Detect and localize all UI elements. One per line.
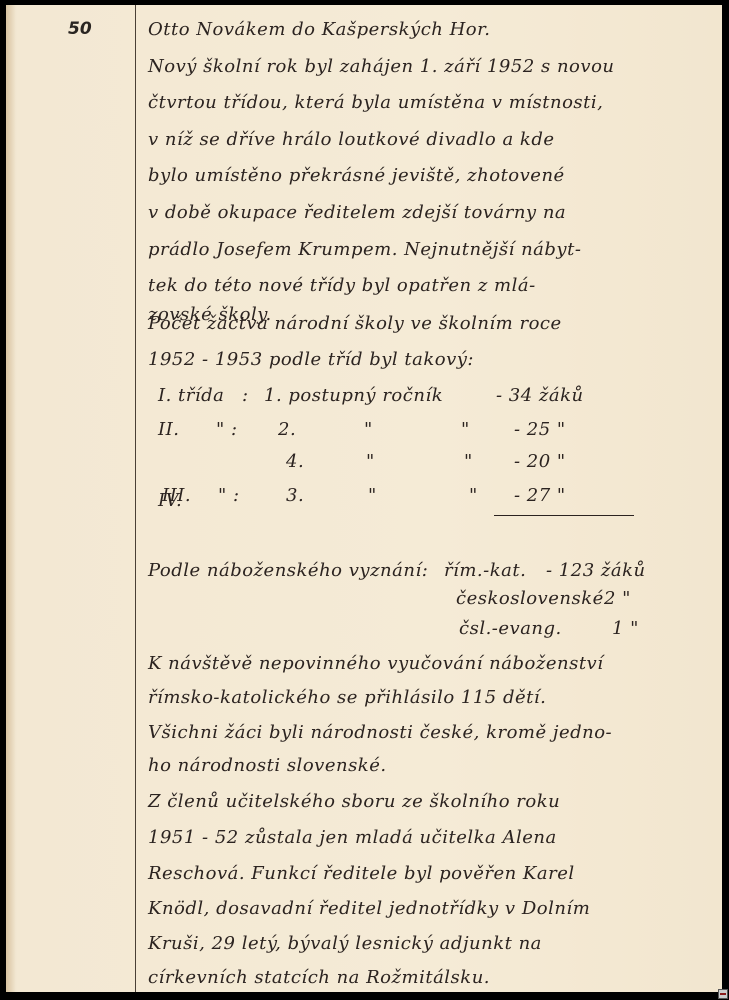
text-line: Knödl, dosavadní ředitel jednotřídky v D… xyxy=(148,898,590,919)
text-line: v době okupace ředitelem zdejší továrny … xyxy=(148,202,566,223)
ditto: " xyxy=(368,485,377,506)
text-line: Všichni žáci byli národnosti české, krom… xyxy=(148,722,612,743)
text-line: církevních statcích na Rožmitálsku. xyxy=(148,967,490,988)
margin-rule xyxy=(135,5,136,992)
text-line: K návštěvě nepovinného vyučování nábožen… xyxy=(148,653,603,674)
class-label: II. xyxy=(158,419,179,440)
grade: 1. postupný ročník xyxy=(264,385,443,406)
text-line: tek do této nové třídy byl opatřen z mlá… xyxy=(148,275,536,296)
text-line: římsko-katolického se přihlásilo 115 dět… xyxy=(148,687,546,708)
ditto: " xyxy=(469,485,478,506)
text-line: Z členů učitelského sboru ze školního ro… xyxy=(148,791,560,812)
pupil-count: - 27 " xyxy=(514,485,566,506)
page-number: 50 xyxy=(68,19,92,39)
pupil-count: - 20 " xyxy=(514,451,566,472)
religion-name: československé xyxy=(456,588,604,609)
religion-count: 1 " xyxy=(612,618,639,639)
text-line: prádlo Josefem Krumpem. Nejnutnější náby… xyxy=(148,239,581,260)
religion-label: Podle náboženského vyznání: xyxy=(148,560,428,581)
text-line: 1951 - 52 zůstala jen mladá učitelka Ale… xyxy=(148,827,557,848)
grade: 4. xyxy=(286,451,304,472)
text-line: Počet žactva národní školy ve školním ro… xyxy=(148,313,562,334)
text-line: v níž se dříve hrálo loutkové divadlo a … xyxy=(148,129,555,150)
ditto: " xyxy=(464,451,473,472)
text-line: Otto Novákem do Kašperských Hor. xyxy=(148,19,491,40)
religion-count: 2 " xyxy=(604,588,631,609)
religion-name: řím.-kat. xyxy=(444,560,526,581)
minimize-icon[interactable] xyxy=(718,989,728,999)
sum-underline xyxy=(494,515,634,516)
ditto: " xyxy=(461,419,470,440)
ledger-page: 50 Otto Novákem do Kašperských Hor. Nový… xyxy=(6,5,722,992)
separator: : xyxy=(242,385,249,406)
separator: " : xyxy=(218,485,240,506)
grade: 3. xyxy=(286,485,304,506)
pupil-count: - 34 žáků xyxy=(496,385,584,406)
class-label: IV. xyxy=(158,490,182,511)
text-line: Nový školní rok byl zahájen 1. září 1952… xyxy=(148,56,615,77)
text-line: ho národnosti slovenské. xyxy=(148,755,387,776)
separator: " : xyxy=(216,419,238,440)
class-label: I. třída xyxy=(158,385,224,406)
religion-name: čsl.-evang. xyxy=(459,618,562,639)
text-line: Reschová. Funkcí ředitele byl pověřen Ka… xyxy=(148,863,575,884)
text-line: bylo umístěno překrásné jeviště, zhotove… xyxy=(148,165,565,186)
ditto: " xyxy=(366,451,375,472)
grade: 2. xyxy=(278,419,296,440)
text-line: 1952 - 1953 podle tříd byl takový: xyxy=(148,349,474,370)
text-line: Kruši, 29 letý, bývalý lesnický adjunkt … xyxy=(148,933,542,954)
pupil-count: - 25 " xyxy=(514,419,566,440)
religion-count: - 123 žáků xyxy=(546,560,646,581)
text-line: čtvrtou třídou, která byla umístěna v mí… xyxy=(148,92,603,113)
ditto: " xyxy=(364,419,373,440)
